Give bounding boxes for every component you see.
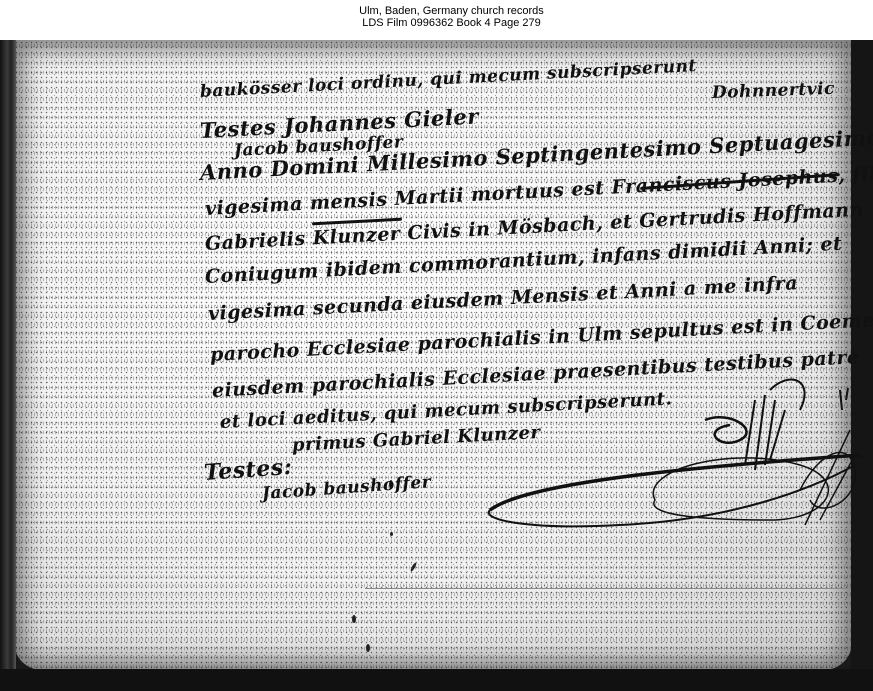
signature-flourish-icon <box>470 370 870 550</box>
film-bottom-edge <box>0 669 873 691</box>
handwritten-margin-note: Dohnnertvic <box>712 79 836 103</box>
ink-blot <box>366 644 370 652</box>
microfilm-scan: baukösser loci ordinu, qui mecum subscri… <box>0 40 873 691</box>
film-left-edge <box>0 40 16 691</box>
ink-blot <box>352 615 356 623</box>
image-caption: Ulm, Baden, Germany church records LDS F… <box>0 0 873 40</box>
scan-artifact-line <box>365 588 850 589</box>
caption-title: Ulm, Baden, Germany church records <box>30 5 873 17</box>
ink-blot <box>390 532 393 536</box>
caption-film-reference: LDS Film 0996362 Book 4 Page 279 <box>30 17 873 29</box>
